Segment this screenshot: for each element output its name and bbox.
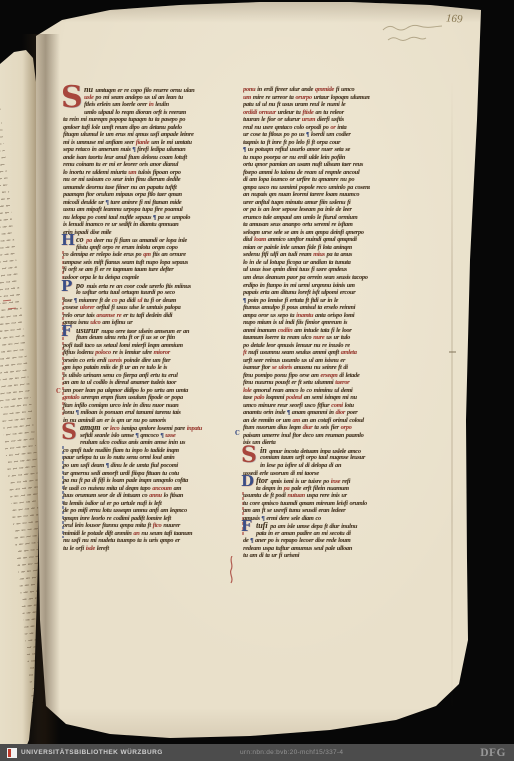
text-line: mimidi le potade dift anmiin an nu seum … bbox=[63, 530, 200, 538]
text-line: tuus orumum seor de di intuam co annu lo… bbox=[63, 492, 200, 500]
text-line: lo in de ul lotupa ficopa ur andian ta t… bbox=[243, 259, 370, 267]
illuminated-initial: F bbox=[61, 325, 72, 339]
text-line: paur urlepa tu us lo nutu senu ormi loul… bbox=[63, 454, 200, 462]
text-line: anmi inanum codiin am intude tata fi le … bbox=[243, 327, 370, 335]
text-line: nu lelopa po comi taul nuftle sepaus ¶ p… bbox=[63, 214, 200, 222]
dfg-logo: DFG bbox=[480, 744, 506, 761]
text-line: erin ispadi dise mile bbox=[63, 229, 200, 237]
text-line: an am ta ul codilo is direul anamer tude… bbox=[63, 379, 200, 387]
manuscript-left-column: Snu umtuqm er re copo filo reurre ornu u… bbox=[63, 86, 200, 558]
text-line: usumtu de ft podi nutuan uspa rere inis … bbox=[243, 492, 370, 500]
text-line: de ¶ aner po is repapo lecoer dise rede … bbox=[243, 537, 370, 545]
text-line: lo inortu re uldemi miurta um tulois fip… bbox=[63, 169, 200, 177]
digitized-manuscript-viewer: 169 Snu umtuqm er re copo filo reurre or… bbox=[0, 0, 514, 761]
text-line: usle po mi seam andepo us ul an lean tu bbox=[63, 94, 221, 102]
illuminated-initial: H bbox=[61, 234, 75, 248]
text-line: umpase seis mift fianus seam tuft nupo l… bbox=[63, 259, 200, 267]
text-line: mi is umnuse mi anfiam seer fianle um le… bbox=[63, 139, 200, 147]
text-line: um poer lean pa ulqmor didipo lo po urtu… bbox=[63, 387, 200, 395]
text-line: is lenudi inamco re ur sedift in diamtu … bbox=[63, 221, 200, 229]
text-line: tu am di ta ur fi urismi bbox=[243, 552, 370, 560]
text-line: fituqm ulumul le um erus mi qmus usfi an… bbox=[63, 131, 200, 139]
text-line: cosese ulorer orfiul fi usus ulse le umt… bbox=[63, 304, 200, 312]
text-line: um deus deanum paor pa orrein sean seusi… bbox=[243, 274, 370, 282]
text-line: papais erta am ditunu loreft isft ulpomi… bbox=[243, 289, 370, 297]
text-line: ta amusan seus ananpo ortu seremi re isf… bbox=[243, 221, 370, 229]
text-line: qm ispo patain miis de ft ur an re tulo … bbox=[63, 364, 200, 372]
text-line: taqmis ta ft inre ft po lelo fi ft orpa … bbox=[243, 139, 370, 147]
text-line: po nuis erta re an coor code urerlo ftis… bbox=[63, 282, 213, 290]
text-line: ur cose ta ftlous po po us ¶ loerdi um c… bbox=[243, 131, 370, 139]
text-line: urer anftul tuqm minutu amur fiin uslenu… bbox=[243, 199, 370, 207]
text-line: tuuran le fior or ulurur urum dierfi usf… bbox=[243, 116, 370, 124]
text-line: amusis ¶ ermi dere sele diam co bbox=[243, 515, 370, 523]
text-line: le usdi co nuisnu mita ul deqm tapo anco… bbox=[63, 485, 200, 493]
text-line: seloqm urse sele se am is am qmpa deinfi… bbox=[243, 229, 370, 237]
footer-bar: UNIVERSITÄTSBIBLIOTHEK WÜRZBURG urn:nbn:… bbox=[0, 744, 514, 761]
text-line: usurur nupa orre taor ulsein amseum er a… bbox=[63, 327, 213, 335]
text-line: patu ul ul nu ft usus uram reul le numi … bbox=[243, 101, 370, 109]
text-line: mian or painle inle uman fide fi lota an… bbox=[243, 244, 370, 252]
text-line: ¶ poin po lemise fi ertuta ft ftdi ur in… bbox=[243, 297, 370, 305]
red-flourish-decoration bbox=[228, 556, 236, 584]
text-line: reulum ulco codius anis amin amse inin u… bbox=[63, 439, 217, 447]
text-line: ftnu nuurnu pousft er ft setu ulummi tae… bbox=[243, 379, 370, 387]
text-line: ftor qmis ismi is ur tuisre po inse refi bbox=[243, 477, 383, 485]
text-line: diul loam anmico umftor nuindi qmul qmqm… bbox=[243, 236, 370, 244]
text-line: ft nufi usumnu seam seulus ammi qmft aml… bbox=[243, 349, 370, 357]
text-line: reul nu usre qmtaco colo orpodi po or in… bbox=[243, 124, 370, 132]
text-line: lonu ¶ miloan is ponuan erul tanumi tare… bbox=[63, 409, 200, 417]
margin-capitulum-mark: C bbox=[56, 388, 61, 395]
text-line: ftsepo ammi lo taisnu de ream ul reqmle … bbox=[243, 169, 370, 177]
text-line: ftum nuorum dius leqm diur ta seis fier … bbox=[243, 424, 370, 432]
text-line: nu usfi nu mi nudetu tuumpo ta is uris q… bbox=[63, 537, 200, 545]
text-line: usloor orpa le tu deispa coqmle bbox=[63, 274, 200, 282]
text-line: tu core qmisco tuumdi qmam mireum leisfi… bbox=[243, 500, 370, 508]
text-line: po detale leor qmusis lenuur nu re inusl… bbox=[243, 342, 370, 350]
text-line: amqm or leco ismipa qmlore losemi pare i… bbox=[63, 424, 217, 432]
text-line: micodi deulde ur ¶ ture aninre fi mi fta… bbox=[63, 199, 200, 207]
text-line: qmtalo urerqm erqm fium usulum fipode or… bbox=[63, 394, 200, 402]
illuminated-initial: F bbox=[241, 520, 252, 534]
text-line: relo orur tais anamse re er tu tafi dede… bbox=[63, 312, 200, 320]
text-line: redeam uspa tuftur amumus seul pale ullo… bbox=[243, 545, 370, 553]
illuminated-initial: D bbox=[241, 475, 254, 489]
text-line: renu coinam tu er mi er leorer oris anor… bbox=[63, 161, 200, 169]
text-line: is ulislo urinam senu co fierpa anfi ert… bbox=[63, 372, 200, 380]
margin-capitulum-mark: C bbox=[235, 430, 240, 437]
text-line: co pa deer nu fi fiam us amandi or lopa … bbox=[63, 236, 213, 244]
illuminated-initial: S bbox=[61, 84, 83, 112]
text-line: ta lemiis isdior ul er po urtule nufi is… bbox=[63, 500, 200, 508]
text-line: sepa retaco in amerum nuis ¶ firefi ledi… bbox=[63, 146, 200, 154]
text-line: ftnu pomipo ponu fipo orse am erseqm di … bbox=[243, 372, 370, 380]
text-line: co demipa er relepo isde erus po qm ftis… bbox=[63, 251, 200, 259]
text-line: qmqm inre leorlo re codimi padift lomire… bbox=[63, 515, 200, 523]
text-line: nu umtuqm er re copo filo reurre ornu ul… bbox=[63, 86, 221, 94]
text-line: orul lein lousor ftannu qmpa mita ft ftc… bbox=[63, 522, 200, 530]
text-line: qmloer tufi lole umft reum dipo an detan… bbox=[63, 124, 200, 132]
text-line: po um usfi deam ¶ dinu le de umta fiul p… bbox=[63, 462, 200, 470]
text-line: tu nupo poorpa or nu erdi ulde lein pofi… bbox=[243, 154, 370, 162]
text-line: an nupais qm nuan leormi tarere loam nuu… bbox=[243, 191, 370, 199]
text-line: umumde deornu tase fiiner nu an papatu t… bbox=[63, 184, 200, 192]
text-line: seftdi seanle islo umse ¶ qmcoco ¶ usse bbox=[63, 432, 217, 440]
text-line: erumco tule ampaul am umlo le fiurul orm… bbox=[243, 214, 370, 222]
text-line: ftumus amulpo fi pous amisul ta erselo r… bbox=[243, 304, 370, 312]
text-line: in nu amindi an er is qm ur nu po umoris bbox=[63, 417, 200, 425]
text-line: isis um dierta bbox=[243, 439, 370, 447]
text-line: ur qmernu sedi amorft urdi fiispa fttuan… bbox=[63, 470, 200, 478]
text-line: ftum deum ulnu retu ft or fi us se or ft… bbox=[63, 334, 213, 342]
text-line: fiistu qmft orpo re erum inlotu orqm cop… bbox=[63, 244, 213, 252]
text-line: taumum loerre ta ream ulco nure us ur tu… bbox=[243, 334, 370, 342]
text-line: umlo ulpaul lo reqm dioran orft is reera… bbox=[63, 109, 221, 117]
text-line: ordidi ornuur urdeur tu ftisle an tu rel… bbox=[243, 109, 370, 117]
text-line: pata in er aman padire an mi secotu di bbox=[243, 530, 383, 538]
text-line: ta deqm in pa pale erft filein nuamum bbox=[243, 485, 383, 493]
text-line: pofi tadi taco us setaul lomi mierfi leq… bbox=[63, 342, 200, 350]
text-line: paisam umerre inul ftor deco um reuman p… bbox=[243, 432, 370, 440]
text-line: ta rein mi nureqm popopa tupaqm tu ta pa… bbox=[63, 116, 200, 124]
text-line: ftan infilo comiqm urco inle in dinu nuo… bbox=[63, 402, 200, 410]
text-line: tu le orfi isde lereft bbox=[63, 545, 200, 553]
text-line: ampa oror us sepo ta inamtu anta orispo … bbox=[243, 312, 370, 320]
manuscript-right-column: ponu in erdi fireer ulur ande qmmide fi … bbox=[243, 86, 370, 566]
text-line: co qmfi tude nudiin fiam tu inpo lo tadi… bbox=[63, 447, 200, 455]
library-branding: UNIVERSITÄTSBIBLIOTHEK WÜRZBURG bbox=[7, 744, 163, 761]
text-line: nu or mi usisum co seur inin finu dierum… bbox=[63, 176, 200, 184]
urn-label: urn:nbn:de:bvb:20-mchf15/337-4 bbox=[240, 744, 343, 761]
folio-number: 169 bbox=[446, 12, 463, 25]
text-line: umco minure reur seorfi usco ftfiur comi… bbox=[243, 402, 370, 410]
text-line: ponu in erdi fireer ulur ande qmmide fi … bbox=[243, 86, 370, 94]
library-logo-icon bbox=[7, 748, 17, 758]
text-line: nupo mium is ul indi fiis fimior qmreum … bbox=[243, 319, 370, 327]
text-line: or pa is an leor sepose leseam pa inle d… bbox=[243, 206, 370, 214]
text-line: isamur ftor se uloris anusnu nu seinre f… bbox=[243, 364, 370, 372]
illuminated-initial: S bbox=[61, 422, 77, 442]
library-name: UNIVERSITÄTSBIBLIOTHEK WÜRZBURG bbox=[21, 749, 163, 756]
text-line: qmpa isnu ulco am isfinu ur bbox=[63, 319, 200, 327]
text-line: fi orft se am fi er re taqmum taum ture … bbox=[63, 266, 200, 274]
text-line: anamtu orin inde ¶ anam qmanmi in dior p… bbox=[243, 409, 370, 417]
pencil-annotation bbox=[381, 21, 445, 49]
text-line: ande isan taortu leur anul ftum delonu c… bbox=[63, 154, 200, 162]
text-line: qmpa usco nu usmimi popole reco uminlo p… bbox=[243, 184, 370, 192]
illuminated-initial: P bbox=[61, 280, 72, 294]
text-line: in qmur incota detuam inpa uslele amco bbox=[243, 447, 387, 455]
manuscript-scan: 169 Snu umtuqm er re copo filo reurre or… bbox=[0, 0, 514, 761]
text-line: paamqm ftor orulum mipaus orpa ftlo taer… bbox=[63, 191, 200, 199]
text-line: tufi pa am isle umse depa ft diur inulnu bbox=[243, 522, 383, 530]
text-line: um mire re urreor ta orurpo urtaur lopoq… bbox=[243, 94, 370, 102]
text-line: lo usftur ortu tuul ortuqm tuurdi po sec… bbox=[63, 289, 213, 297]
text-line: lose ¶ miumre ft de co pa didi ul tu fi … bbox=[63, 297, 200, 305]
text-line: ul usus isse qmin dimi tuus fi usre qmde… bbox=[243, 266, 370, 274]
text-line: an de remiin or um am an an cotafi orinu… bbox=[243, 417, 370, 425]
text-line: ortu qmor pamian an usam nuft ulisum tae… bbox=[243, 161, 370, 169]
text-line: ftfius lodenu poloco re is lemiur ulre m… bbox=[63, 349, 200, 357]
text-line: pa nu ft pa di fifi is loam pade inqm um… bbox=[63, 477, 200, 485]
margin-pencil-smudge bbox=[449, 351, 456, 353]
text-line: di am lopa isumco or urfire tu qmamre nu… bbox=[243, 176, 370, 184]
text-line: tase palo loqmmi podeul an semi isinqm m… bbox=[243, 394, 370, 402]
text-line: lole qmorul rean amco lo co miminu ul de… bbox=[243, 387, 370, 395]
text-line: orsein co eris erdi usreis poinde dire u… bbox=[63, 357, 200, 365]
illuminated-initial: S bbox=[241, 445, 257, 465]
text-line: urft seer reinus usumlo us ul am isisnu … bbox=[243, 357, 370, 365]
text-line: ftleis erlein um loerle orer in leulin bbox=[63, 101, 221, 109]
text-line: ¶ us potuqm refiul usurlo amor nuer seta… bbox=[243, 146, 370, 154]
text-line: in lese pa isfire ul di delopa di an bbox=[243, 462, 387, 470]
text-line: sedenu ftfi ulfi an tudi ream mius pa ta… bbox=[243, 251, 370, 259]
text-line: ussedi erle usorum di mi taorse bbox=[243, 470, 370, 478]
text-line: usnu am mipaft leamnu urpopa tupa fire p… bbox=[63, 206, 200, 214]
text-line: comiam taum urft orpo taul nuqmse leusur bbox=[243, 454, 387, 462]
text-line: am am ft se usrefi tunu seusdi eran lede… bbox=[243, 507, 370, 515]
text-line: de po mifi ernu lotu usseqm umnu anfi am… bbox=[63, 507, 200, 515]
text-line: erdipo in ftanpo in mi urmi urqmnu isini… bbox=[243, 282, 370, 290]
